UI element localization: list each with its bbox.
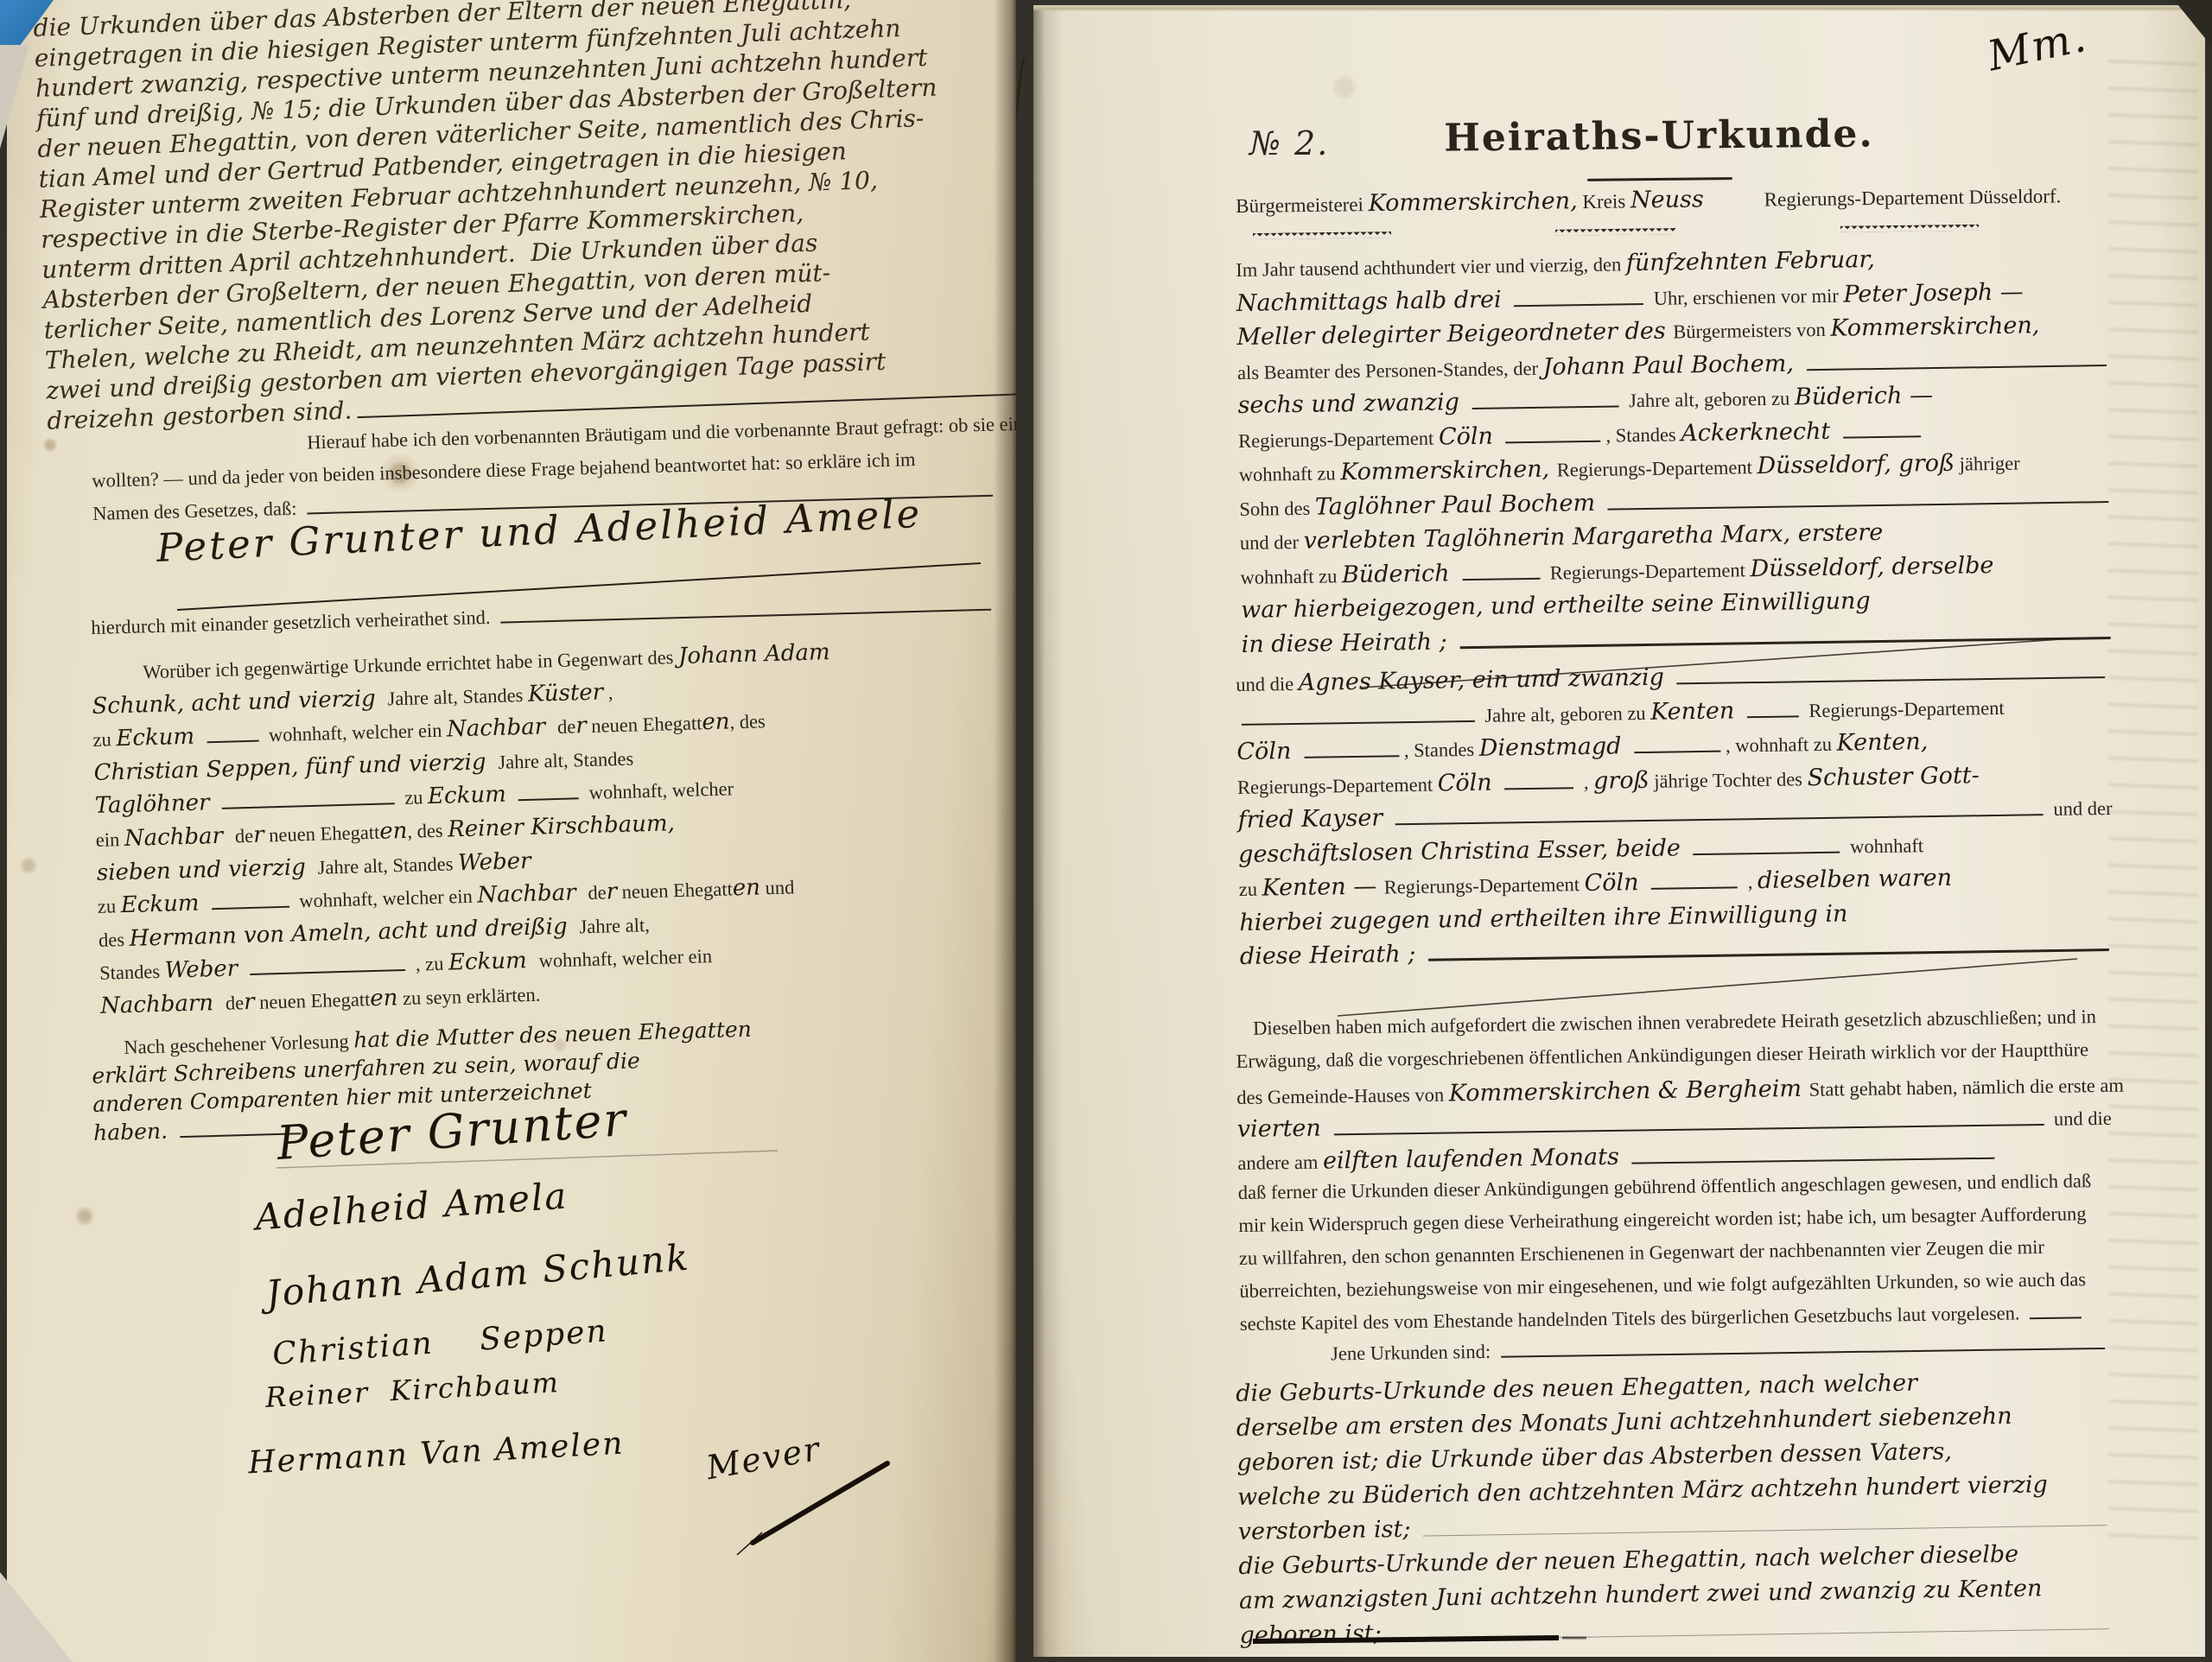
- handwritten-text: Cöln: [1236, 738, 1299, 765]
- printed-text: zu seyn erklärten.: [397, 984, 541, 1011]
- groom-paragraph: Im Jahr tausend achthundert vier und vie…: [1236, 243, 2116, 665]
- handwritten-text: Schuster Gott-: [1807, 762, 1980, 791]
- printed-text: Jene Urkunden sind:: [1331, 1341, 1496, 1366]
- signature: Hermann Van Amelen: [247, 1426, 625, 1481]
- handwritten-text: en: [732, 875, 760, 902]
- handwritten-text: Nachbar: [477, 879, 583, 908]
- printed-text: Jahre alt, geboren zu: [1480, 701, 1651, 726]
- printed-text: wohnhaft zu: [1239, 462, 1341, 486]
- handwritten-text: verstorben ist;: [1238, 1516, 1419, 1545]
- flourish-underlines: [1253, 223, 2126, 239]
- handwritten-text: en: [370, 985, 398, 1012]
- fill-in-rule: [1514, 303, 1643, 307]
- printed-text: ,: [1579, 771, 1593, 793]
- printed-text: Standes: [99, 961, 165, 985]
- fill-in-rule: [1333, 1124, 2044, 1135]
- handwritten-text: sechs und zwanzig: [1237, 389, 1466, 419]
- certificate-title: Heiraths-Urkunde.: [1253, 110, 2065, 162]
- handwritten-text: dieselben waren: [1758, 865, 1953, 894]
- consideration-paragraph: Dieselben haben mich aufgefordert die zw…: [1236, 1005, 2114, 1346]
- printed-text: neuen Ehegatt: [586, 712, 702, 738]
- printed-text: wohnhaft, welcher ein: [264, 720, 447, 747]
- handwritten-text: r: [606, 879, 617, 904]
- printed-text: Regierungs-Departement: [1238, 427, 1439, 452]
- printed-text: wohnhaft zu: [1240, 565, 1342, 589]
- handwritten-text: Meller delegirter Beigeordneter des: [1236, 318, 1673, 351]
- printed-text: , Standes: [1605, 423, 1681, 447]
- handwritten-text: Eckum: [428, 782, 514, 810]
- printed-text: , zu: [410, 953, 448, 976]
- fill-in-rule: [1634, 751, 1720, 753]
- printed-text: als Beamter des Personen-Standes, der: [1237, 357, 1543, 384]
- certificate-number: № 2.: [1249, 124, 1329, 162]
- handwritten-text: Neuss: [1630, 186, 1704, 213]
- handwritten-text: Nachbar: [447, 714, 553, 742]
- printed-text: Im Jahr tausend achthundert vier und vie…: [1236, 253, 1626, 282]
- handwritten-text: Ackerknecht: [1681, 417, 1838, 447]
- fill-in-rule: [358, 393, 1016, 418]
- handwritten-text: en: [379, 818, 408, 845]
- handwritten-text: vierten: [1237, 1115, 1329, 1143]
- fill-in-rule: [500, 609, 991, 624]
- printed-text: Worüber ich gegenwärtige Urkunde erricht…: [143, 646, 678, 683]
- printed-text: des: [99, 929, 130, 952]
- handwritten-text: Taglöhner Paul Bochem: [1315, 489, 1603, 520]
- handwritten-text: fünfzehnten Februar,: [1626, 246, 1875, 276]
- handwritten-text: Düsseldorf, derselbe: [1750, 552, 1993, 582]
- printed-text: wohnhaft, welcher ein: [294, 885, 477, 913]
- fill-in-rule: [1694, 851, 1840, 855]
- printed-text: Kreis: [1578, 190, 1631, 213]
- printed-text: und: [760, 877, 795, 900]
- fill-in-rule: [1459, 637, 2110, 649]
- handwritten-text: Eckum: [120, 891, 207, 919]
- fill-in-rule: [1608, 501, 2109, 511]
- handwritten-text: Kommerskirchen,: [1368, 187, 1577, 217]
- fill-in-rule: [1677, 676, 2106, 684]
- printed-text: Dieselben haben mich aufgefordert die zw…: [1253, 1005, 2096, 1040]
- handwritten-text: Kenten,: [1836, 728, 1928, 757]
- death-records-note: die Urkunden über das Absterben der Elte…: [33, 0, 1016, 437]
- printed-text: hierdurch mit einander gesetzlich verhei…: [91, 606, 495, 639]
- handwritten-text: r: [575, 713, 587, 739]
- signature: Mever: [703, 1430, 823, 1488]
- printed-text: Jahre alt, Standes: [313, 853, 459, 879]
- fill-in-rule: [2030, 1316, 2082, 1319]
- printed-text: jährige Tochter des: [1649, 768, 1807, 793]
- documents-list: die Geburts-Urkunde des neuen Ehegatten,…: [1236, 1367, 2114, 1657]
- printed-text: Uhr, erschienen vor mir: [1649, 284, 1844, 309]
- printed-text: , wohnhaft zu: [1726, 733, 1837, 758]
- printed-text: Statt gehabt haben, nämlich die erste am: [1808, 1075, 2124, 1101]
- printed-text: Sohn des: [1239, 497, 1315, 520]
- fill-in-rule: [1472, 405, 1619, 409]
- handwritten-text: Büderich —: [1795, 382, 1934, 410]
- fill-in-rule: [1747, 715, 1799, 718]
- fill-in-rule: [1506, 440, 1601, 443]
- handwritten-text: Nachbarn: [100, 990, 221, 1019]
- printed-text: jähriger: [1955, 453, 2020, 476]
- text-line: Bürgermeisterei Kommerskirchen, Kreis Ne…: [1236, 181, 2113, 223]
- printed-text: neuen Ehegatt: [617, 879, 733, 904]
- printed-text: de: [552, 716, 576, 739]
- signature: Christian Seppen: [271, 1313, 609, 1372]
- printed-text: ein: [95, 828, 124, 852]
- printed-text: ,: [603, 682, 613, 704]
- handwritten-text: Kommerskirchen,: [1340, 456, 1557, 486]
- handwritten-text: r: [244, 989, 255, 1015]
- printed-text: neuen Ehegatt: [264, 821, 379, 847]
- printed-text: Regierungs-Departement: [1384, 873, 1585, 898]
- fill-in-rule: [1423, 1525, 2107, 1536]
- printed-text: zu: [92, 728, 117, 752]
- printed-text: neuen Ehegatt: [254, 988, 370, 1014]
- handwritten-text: Kommerskirchen & Bergheim: [1449, 1075, 1809, 1107]
- handwritten-text: Düsseldorf, groß: [1757, 450, 1955, 479]
- flourish-underline: [1840, 225, 1979, 232]
- handwritten-text: Johann Adam: [678, 639, 830, 669]
- fill-in-rule: [1304, 755, 1399, 758]
- bride-paragraph: und die Agnes Kayser, ein und zwanzig Ja…: [1236, 657, 2114, 977]
- handwritten-text: fried Kayser: [1237, 804, 1390, 834]
- fill-in-rule: [1807, 365, 2107, 371]
- fill-in-rule: [1651, 886, 1738, 889]
- handwritten-text: diese Heirath ;: [1240, 941, 1423, 970]
- printed-text: wohnhaft, welcher: [584, 778, 734, 805]
- handwritten-text: Nachbar: [124, 823, 231, 852]
- title-underline: [1587, 177, 1732, 181]
- handwritten-text: eilften laufenden Monats: [1323, 1144, 1627, 1175]
- handwritten-text: Nachmittags halb drei: [1236, 286, 1510, 317]
- fill-in-rule: [1462, 577, 1540, 580]
- printed-text: des Gemeinde-Hauses von: [1236, 1084, 1449, 1109]
- fill-in-rule: [1504, 787, 1573, 790]
- fill-in-rule: [1501, 1348, 2105, 1358]
- fill-in-rule: [518, 798, 579, 802]
- handwritten-text: Agnes Kayser, ein und zwanzig: [1298, 664, 1671, 696]
- fill-in-rule: [212, 906, 289, 910]
- indent-spacer: [92, 1054, 124, 1055]
- municipality-line: Bürgermeisterei Kommerskirchen, Kreis Ne…: [1236, 181, 2113, 223]
- handwritten-text: Weber: [164, 956, 245, 985]
- printed-text: , des: [407, 820, 448, 843]
- handwritten-text: Eckum: [116, 724, 202, 752]
- printed-text: und der: [2049, 797, 2113, 821]
- spacer: [1704, 206, 1764, 207]
- right-page: Heiraths-Urkunde. № 2. Bürgermeisterei K…: [1033, 5, 2205, 1657]
- bleed-through-text: [2108, 57, 2198, 1560]
- scanned-marriage-register: { "left_page": { "hw_top": [ {"s":[{"k":…: [0, 0, 2212, 1662]
- printed-text: , Standes: [1404, 739, 1479, 762]
- handwritten-text: geschäftslosen Christina Esser, beide: [1238, 834, 1688, 868]
- printed-text: Jahre alt, Standes: [383, 683, 529, 710]
- fill-in-rule: [1843, 435, 1921, 438]
- printed-text: zu: [1239, 879, 1262, 901]
- fill-in-rule: [1242, 720, 1475, 725]
- printed-text: und die: [2049, 1107, 2112, 1131]
- handwritten-text: Peter Joseph —: [1843, 278, 2024, 308]
- fill-in-rule: [251, 969, 406, 975]
- printed-text: wohnhaft: [1845, 834, 1923, 858]
- printed-text: zu: [98, 895, 122, 918]
- printed-text: Nach geschehener Vorlesung: [124, 1031, 354, 1059]
- signature: Johann Adam Schunk: [264, 1236, 691, 1316]
- handwritten-text: in diese Heirath ;: [1241, 628, 1454, 658]
- flourish-underline: [1555, 228, 1676, 236]
- fill-in-rule: [1428, 948, 2109, 961]
- handwritten-text: geboren ist;: [1239, 1620, 1389, 1649]
- flourish-underline: [1253, 232, 1391, 239]
- printed-text: ,: [1743, 871, 1758, 893]
- printed-text: Regierungs-Departement: [1237, 773, 1438, 798]
- printed-text: und der: [1240, 531, 1304, 555]
- printed-text: de: [582, 882, 607, 905]
- handwritten-text: Weber: [458, 847, 531, 875]
- fill-in-rule: [207, 740, 259, 744]
- printed-text: Bürgermeisters von: [1673, 319, 1830, 344]
- handwritten-text: Eckum: [448, 948, 535, 976]
- printed-text: Regierungs-Departement: [1557, 456, 1758, 481]
- handwritten-text: Cöln: [1439, 422, 1501, 450]
- indent-spacer: [92, 678, 143, 680]
- fill-in-rule: [222, 803, 395, 810]
- printed-text: Regierungs-Departement: [1804, 696, 2005, 721]
- indent-spacer: [92, 448, 308, 454]
- handwritten-text: Reiner Kirschbaum,: [448, 810, 675, 842]
- handwritten-text: Johann Paul Bochem,: [1542, 350, 1801, 380]
- printed-text: wohnhaft, welcher ein: [534, 945, 713, 973]
- handwritten-text: Kenten —: [1262, 872, 1384, 901]
- handwritten-text: groß: [1593, 766, 1649, 794]
- fill-in-rule: [1395, 814, 2044, 825]
- handwritten-text: r: [253, 821, 264, 847]
- printed-text: de: [230, 825, 254, 848]
- handwritten-text: Kommerskirchen,: [1830, 312, 2039, 342]
- fill-in-rule: [1632, 1158, 1995, 1164]
- printed-text: de: [220, 992, 245, 1015]
- printed-text: Regierungs-Departement: [1545, 559, 1751, 585]
- handwritten-text: Küster: [528, 679, 604, 707]
- handwritten-text: Cöln: [1438, 769, 1500, 796]
- printed-text: zu: [399, 787, 428, 810]
- printed-text: Bürgermeisterei: [1236, 193, 1369, 218]
- handwritten-text: Taglöhner: [94, 790, 217, 819]
- handwritten-text: haben.: [93, 1118, 175, 1145]
- printed-text: , des: [729, 710, 766, 733]
- handwritten-text: sieben und vierzig: [96, 853, 313, 885]
- signature: Reiner Kirchbaum: [264, 1366, 560, 1414]
- witnesses-paragraph: Worüber ich gegenwärtige Urkunde erricht…: [91, 635, 1006, 1027]
- book-spread: die Urkunden über das Absterben der Elte…: [0, 0, 2212, 1662]
- handwritten-text: en: [702, 709, 730, 736]
- signature: Adelheid Amela: [254, 1174, 569, 1238]
- indent-spacer: [1236, 1360, 1331, 1361]
- printed-text: Jahre alt,: [575, 914, 651, 938]
- printed-text: und die: [1236, 673, 1299, 696]
- printed-text: andere am: [1237, 1151, 1323, 1175]
- printed-text: Jahre alt, geboren zu: [1624, 387, 1795, 412]
- printed-text: Regierungs-Departement Düsseldorf.: [1764, 185, 2062, 211]
- handwritten-text: Cöln: [1584, 869, 1646, 897]
- handwritten-text: Kenten: [1650, 697, 1742, 726]
- signature: Mm.: [1983, 13, 2091, 81]
- left-page: die Urkunden über das Absterben der Elte…: [7, 0, 1016, 1662]
- handwritten-text: Büderich: [1342, 560, 1458, 588]
- handwritten-text: Dienstmagd: [1479, 733, 1630, 762]
- printed-text: Jahre alt, Standes: [493, 747, 633, 774]
- fill-in-rule: [1394, 1628, 2108, 1640]
